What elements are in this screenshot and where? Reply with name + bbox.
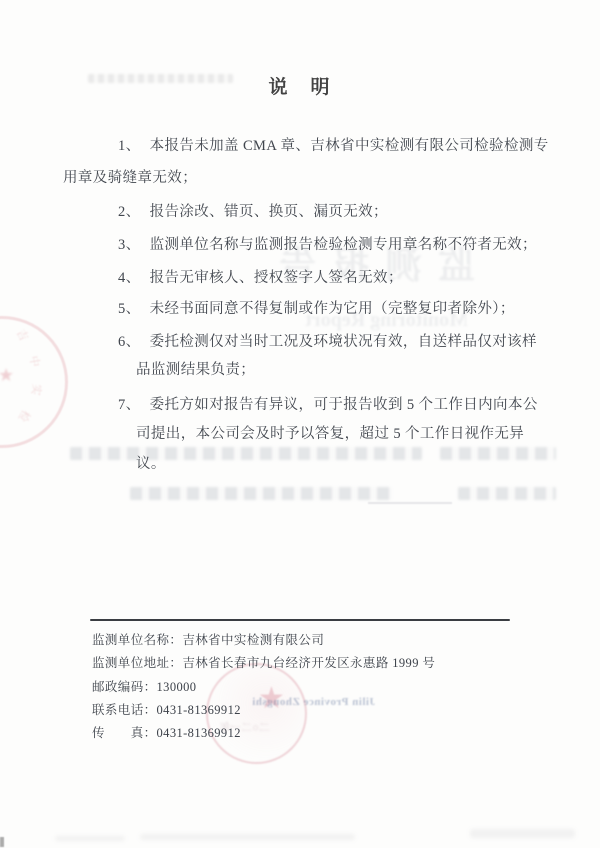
bleedthrough-text-band	[458, 487, 556, 500]
note-text: 报告无审核人、授权签字人签名无效；	[150, 270, 403, 286]
note-number: 5、	[118, 302, 141, 317]
page-title: 说 明	[0, 78, 600, 97]
footer-postcode-value: 130000	[157, 680, 197, 694]
left-seal-char: 吉	[14, 328, 29, 343]
note-item-7: 7、委托方如对报告有异议，可于报告收到 5 个工作日内向本公	[118, 398, 538, 413]
note-item-2: 2、报告涂改、错页、换页、漏页无效；	[118, 205, 388, 220]
footer-fax: 传 真：0431-81369912	[92, 727, 241, 740]
footer-org-name-label: 监测单位名称：	[92, 633, 182, 647]
scanned-document-page: ★ 吉 中 实 检 监测报告 Monitoring Report 说 明 1、本…	[0, 0, 600, 848]
footer-address: 监测单位地址：吉林省长春市九台经济开发区永惠路 1999 号	[92, 657, 435, 670]
footer-postcode: 邮政编码：130000	[92, 681, 196, 694]
footer-address-value: 吉林省长春市九台经济开发区永惠路 1999 号	[182, 656, 435, 670]
scan-smudge-bottom	[140, 834, 355, 840]
footer-address-label: 监测单位地址：	[92, 656, 182, 670]
scan-smudge-bottom	[470, 829, 575, 838]
footer-phone: 联系电话：0431-81369912	[92, 704, 241, 717]
footer-phone-label: 联系电话：	[92, 703, 157, 717]
bleedthrough-text-band	[70, 447, 422, 460]
footer-org-name: 监测单位名称：吉林省中实检测有限公司	[92, 634, 324, 647]
note-item-7-continued: 议。	[136, 457, 166, 472]
note-text: 委托方如对报告有异议，可于报告收到 5 个工作日内向本公	[150, 397, 538, 413]
star-icon: ★	[258, 684, 285, 714]
star-icon: ★	[0, 366, 14, 384]
footer-org-name-value: 吉林省中实检测有限公司	[182, 633, 324, 647]
bleedthrough-underline	[368, 502, 452, 504]
note-item-6-continued: 品监测结果负责；	[136, 363, 255, 378]
note-item-3: 3、监测单位名称与监测报告检验检测专用章名称不符者无效；	[118, 238, 537, 253]
note-text: 报告涂改、错页、换页、漏页无效；	[150, 204, 388, 220]
footer-fax-label: 传 真：	[92, 726, 157, 740]
scan-speck-corner	[0, 837, 4, 847]
note-item-1-continued: 用章及骑缝章无效；	[63, 171, 197, 186]
footer-postcode-label: 邮政编码：	[92, 680, 157, 694]
note-number: 2、	[118, 205, 141, 220]
footer-phone-value: 0431-81369912	[157, 703, 241, 717]
left-seal-char: 实	[29, 383, 42, 396]
note-number: 4、	[118, 271, 141, 286]
bleedthrough-company-english: Jilin Province Zhongshi	[243, 697, 375, 708]
note-item-7-continued: 司提出，本公司会及时予以答复，超过 5 个工作日视作无异	[136, 427, 524, 442]
note-item-6: 6、委托检测仅对当时工况及环境状况有效，自送样品仅对该样	[118, 335, 537, 350]
note-item-1: 1、本报告未加盖 CMA 章、吉林省中实检测有限公司检验检测专	[118, 139, 549, 154]
bleedthrough-text-band	[130, 487, 392, 500]
note-text: 监测单位名称与监测报告检验检测专用章名称不符者无效；	[150, 237, 537, 253]
note-text: 本报告未加盖 CMA 章、吉林省中实检测有限公司检验检测专	[150, 138, 549, 154]
footer-fax-value: 0431-81369912	[157, 726, 241, 740]
note-item-5: 5、未经书面同意不得复制或作为它用（完整复印者除外）；	[118, 302, 515, 317]
note-number: 3、	[118, 238, 141, 253]
note-number: 6、	[118, 335, 141, 350]
scan-smudge-bottom	[55, 836, 125, 841]
note-item-4: 4、报告无审核人、授权签字人签名无效；	[118, 271, 403, 286]
bleedthrough-text-band	[440, 447, 556, 460]
note-number: 7、	[118, 398, 141, 413]
note-text: 未经书面同意不得复制或作为它用（完整复印者除外）；	[150, 301, 515, 317]
footer-divider-line	[90, 619, 510, 621]
note-text: 委托检测仅对当时工况及环境状况有效，自送样品仅对该样	[150, 334, 537, 350]
left-seal-char: 中	[27, 355, 40, 368]
left-seal-char: 检	[16, 408, 31, 423]
note-number: 1、	[118, 139, 141, 154]
red-seal-left-edge	[0, 316, 68, 448]
